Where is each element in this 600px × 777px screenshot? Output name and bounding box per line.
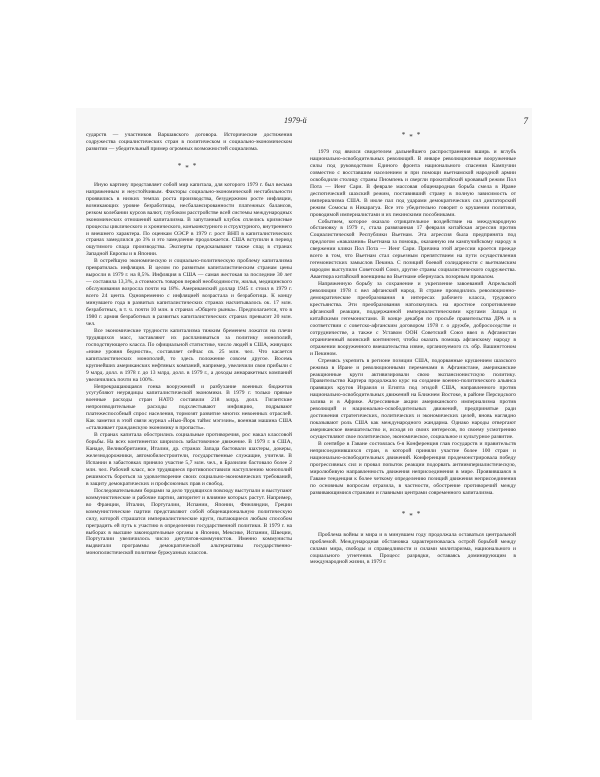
left-column: сударств — участников Варшавского догово… <box>86 132 292 557</box>
paragraph-continuation: сударств — участников Варшавского догово… <box>86 132 292 153</box>
book-page: 1979-й 7 сударств — участников Варшавско… <box>76 108 532 720</box>
paragraph: Последовательными борцами за дело трудящ… <box>86 488 292 558</box>
right-column: *** 1979 год явился свидетелем дальнейше… <box>310 130 516 566</box>
page-number: 7 <box>524 116 529 126</box>
running-head-title: 1979-й <box>284 116 307 125</box>
paragraph: В сентябре в Гаване состоялась 6-я Конфе… <box>310 441 516 497</box>
separator-star: * <box>409 133 417 141</box>
running-head: 1979-й 7 <box>76 116 532 128</box>
separator-star: * <box>193 162 201 170</box>
section-separator: *** <box>310 132 516 139</box>
paragraph: Все экономические трудности капитализма … <box>86 328 292 384</box>
separator-star: * <box>417 510 425 518</box>
section-separator: *** <box>86 163 292 170</box>
paragraph: 1979 год явился свидетелем дальнейшего р… <box>310 149 516 219</box>
paragraph: В острейшую экономическую и социально-по… <box>86 258 292 328</box>
separator-star: * <box>185 164 193 172</box>
separator-star: * <box>409 512 417 520</box>
paragraph: Стремясь укрепить в регионе позиции США,… <box>310 358 516 441</box>
paragraph: Напряженную борьбу за сохранение и укреп… <box>310 281 516 357</box>
separator-star: * <box>417 131 425 139</box>
paragraph: Непрекращающаяся гонка вооружений и разб… <box>86 384 292 433</box>
paragraph: Проблема войны и мира и в минувшем году … <box>310 532 516 567</box>
paragraph: Иную картину представляет собой мир капи… <box>86 182 292 258</box>
section-separator: *** <box>310 511 516 518</box>
paragraph: В странах капитала обострились социальны… <box>86 432 292 488</box>
paragraph: Событием, которое оказало отрицательное … <box>310 219 516 282</box>
